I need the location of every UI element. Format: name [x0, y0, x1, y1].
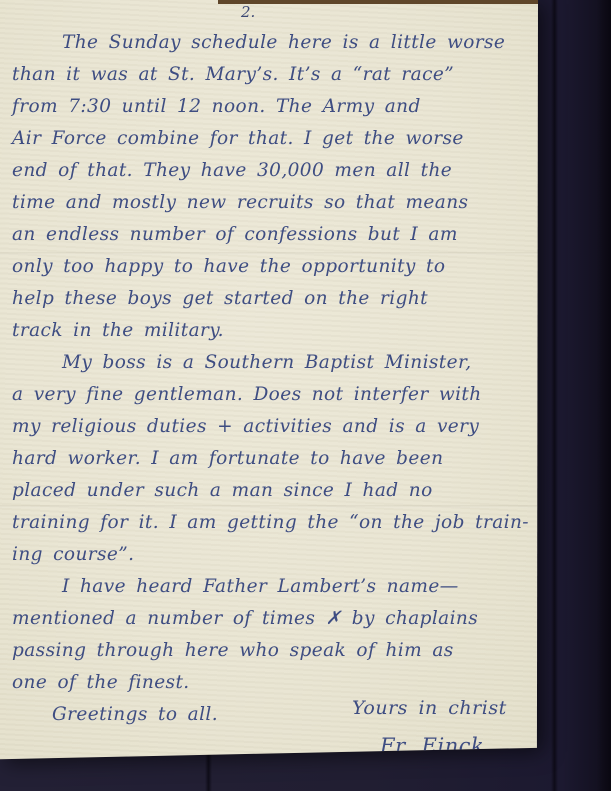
scan-edge-shadow [597, 0, 611, 791]
signature: Fr. Einck [380, 734, 484, 758]
page-number: 2. [241, 3, 255, 21]
letter-line: hard worker. I am fortunate to have been [12, 444, 532, 476]
letter-page-wrapper: 2. The Sunday schedule here is a little … [0, 0, 538, 760]
letter-line: I have heard Father Lambert’s name— [12, 572, 532, 604]
letter-line: My boss is a Southern Baptist Minister, [12, 348, 532, 380]
letter-line: my religious duties + activities and is … [12, 412, 532, 444]
letter-line: track in the military. [12, 316, 532, 348]
signoff-line: Yours in christ [352, 697, 507, 719]
letter-line: an endless number of confessions but I a… [12, 220, 532, 252]
letter-line: help these boys get started on the right [12, 284, 532, 316]
letter-line: The Sunday schedule here is a little wor… [12, 28, 532, 60]
letter-line: only too happy to have the opportunity t… [12, 252, 532, 284]
letter-line: placed under such a man since I had no [12, 476, 532, 508]
letter-line: a very fine gentleman. Does not interfer… [12, 380, 532, 412]
letter-line: passing through here who speak of him as [12, 636, 532, 668]
letter-line: training for it. I am getting the “on th… [12, 508, 532, 540]
letter-body: The Sunday schedule here is a little wor… [12, 28, 532, 732]
letter-line: than it was at St. Mary’s. It’s a “rat r… [12, 60, 532, 92]
letter-line: one of the finest. [12, 668, 532, 700]
table-seam [551, 0, 558, 791]
binding-strip [218, 0, 538, 4]
letter-line: time and mostly new recruits so that mea… [12, 188, 532, 220]
letter-line: ing course”. [12, 540, 532, 572]
letter-line: mentioned a number of times ✗ by chaplai… [12, 604, 532, 636]
scan-background: 2. The Sunday schedule here is a little … [0, 0, 611, 791]
letter-line: end of that. They have 30,000 men all th… [12, 156, 532, 188]
letter-line: Air Force combine for that. I get the wo… [12, 124, 532, 156]
letter-line: from 7:30 until 12 noon. The Army and [12, 92, 532, 124]
letter-page: 2. The Sunday schedule here is a little … [0, 0, 538, 760]
